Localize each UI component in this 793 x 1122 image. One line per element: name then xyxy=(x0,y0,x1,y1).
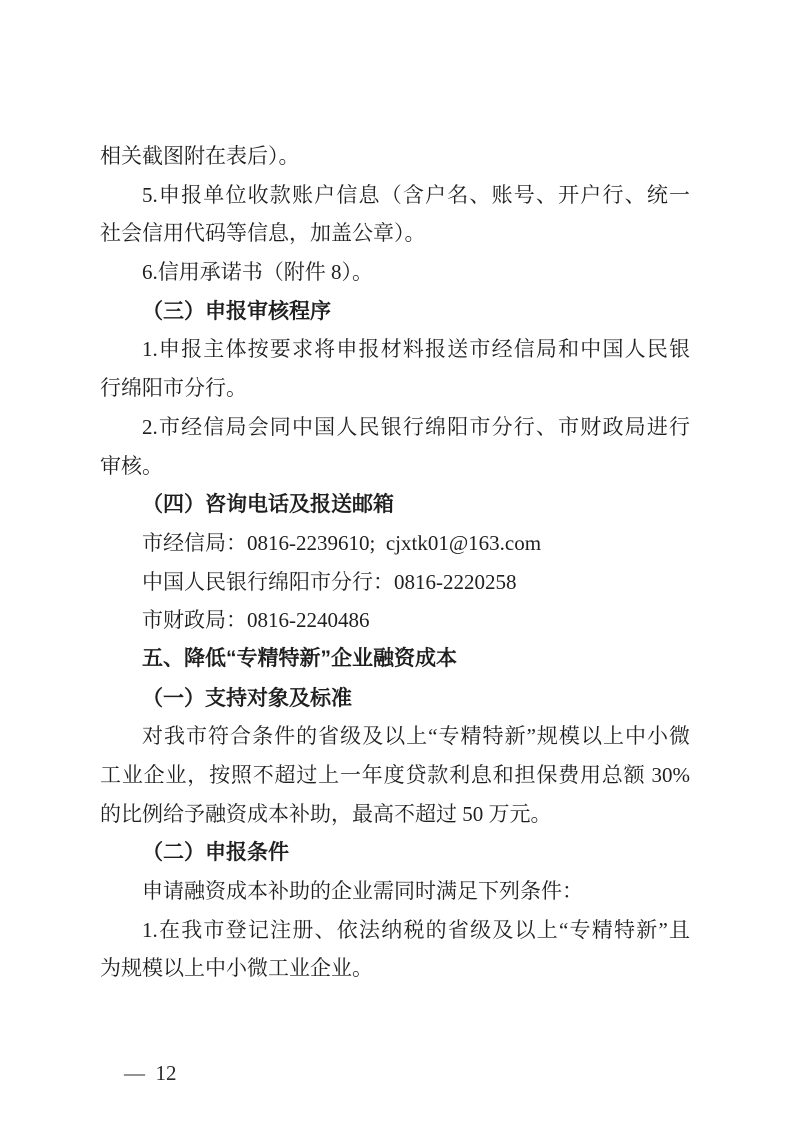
text-line: 市经信局：0816-2239610; cjxtk01@163.com xyxy=(100,524,690,563)
text-line: 1.在我市登记注册、依法纳税的省级及以上“专精特新”且 xyxy=(100,911,690,950)
text-line: 审核。 xyxy=(100,447,690,486)
text-line: 行绵阳市分行。 xyxy=(100,369,690,408)
text-line: 社会信用代码等信息，加盖公章）。 xyxy=(100,214,690,253)
document-body: 相关截图附在表后）。5.申报单位收款账户信息（含户名、账号、开户行、统一社会信用… xyxy=(100,137,690,988)
text-line: 工业企业，按照不超过上一年度贷款利息和担保费用总额 30% xyxy=(100,756,690,795)
text-line: 5.申报单位收款账户信息（含户名、账号、开户行、统一 xyxy=(100,176,690,215)
text-line: 市财政局：0816-2240486 xyxy=(100,601,690,640)
text-line: 对我市符合条件的省级及以上“专精特新”规模以上中小微 xyxy=(100,717,690,756)
text-line: 为规模以上中小微工业企业。 xyxy=(100,949,690,988)
text-line: 2.市经信局会同中国人民银行绵阳市分行、市财政局进行 xyxy=(100,408,690,447)
page-footer: — 12 xyxy=(103,1031,177,1115)
section-subheading: （二）申报条件 xyxy=(100,833,690,872)
document-page: 相关截图附在表后）。5.申报单位收款账户信息（含户名、账号、开户行、统一社会信用… xyxy=(0,0,793,1122)
text-line: 1.申报主体按要求将申报材料报送市经信局和中国人民银 xyxy=(100,330,690,369)
page-number: — 12 xyxy=(124,1061,177,1085)
text-line: 中国人民银行绵阳市分行：0816-2220258 xyxy=(100,563,690,602)
section-subheading: （三）申报审核程序 xyxy=(100,292,690,331)
text-line: 相关截图附在表后）。 xyxy=(100,137,690,176)
section-heading: 五、降低“专精特新”企业融资成本 xyxy=(100,640,690,679)
section-subheading: （四）咨询电话及报送邮箱 xyxy=(100,485,690,524)
text-line: 6.信用承诺书（附件 8）。 xyxy=(100,253,690,292)
text-line: 申请融资成本补助的企业需同时满足下列条件： xyxy=(100,872,690,911)
section-subheading: （一）支持对象及标准 xyxy=(100,679,690,718)
text-line: 的比例给予融资成本补助，最高不超过 50 万元。 xyxy=(100,795,690,834)
